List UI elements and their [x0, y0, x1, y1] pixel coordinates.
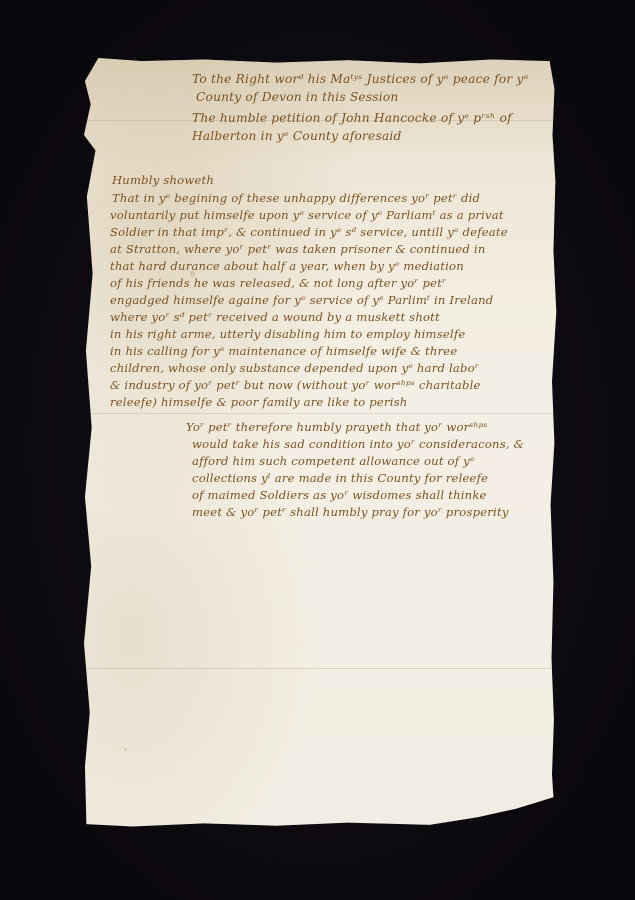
salutation: Humbly showeth — [112, 173, 214, 187]
prayer-line: Yoʳ petʳ therefore humbly prayeth that y… — [186, 420, 488, 434]
body-line: in his right arme, utterly disabling him… — [110, 327, 465, 341]
body-line: That in yᵉ begining of these unhappy dif… — [112, 191, 480, 205]
body-line: where yoʳ sᵈ petʳ received a wound by a … — [110, 310, 440, 324]
body-line: that hard durance about half a year, whe… — [110, 259, 464, 273]
body-line: of his friends he was released, & not lo… — [110, 276, 446, 290]
prayer-line: meet & yoʳ petʳ shall humbly pray for yo… — [192, 505, 509, 519]
address-line: The humble petition of John Hancocke of … — [192, 111, 512, 125]
body-line: Soldier in that impʳ, & continued in yᵉ … — [110, 225, 508, 239]
body-line: at Stratton, where yoʳ petʳ was taken pr… — [110, 242, 486, 256]
fold-crease — [84, 413, 564, 414]
body-line: voluntarily put himselfe upon yᵉ service… — [110, 208, 504, 222]
fold-crease — [84, 668, 564, 669]
body-line: releefe) himselfe & poor family are like… — [110, 395, 407, 409]
address-line: County of Devon in this Session — [196, 90, 398, 104]
prayer-line: of maimed Soldiers as yoʳ wisdomes shall… — [192, 488, 487, 502]
address-line: To the Right worᵈ his Maᵗʸˢ Justices of … — [192, 72, 529, 86]
ink-stain — [124, 748, 127, 751]
prayer-line: afford him such competent allowance out … — [192, 454, 475, 468]
body-line: in his calling for yᵉ maintenance of him… — [110, 344, 457, 358]
body-line: children, whose only substance depended … — [110, 361, 479, 375]
body-line: & industry of yoʳ petʳ but now (without … — [110, 378, 481, 392]
address-line: Halberton in yᵉ County aforesaid — [192, 129, 401, 143]
prayer-line: would take his sad condition into yoʳ co… — [192, 437, 524, 451]
prayer-line: collections yᵗ are made in this County f… — [192, 471, 488, 485]
body-line: engadged himselfe againe for yᵉ service … — [110, 293, 493, 307]
